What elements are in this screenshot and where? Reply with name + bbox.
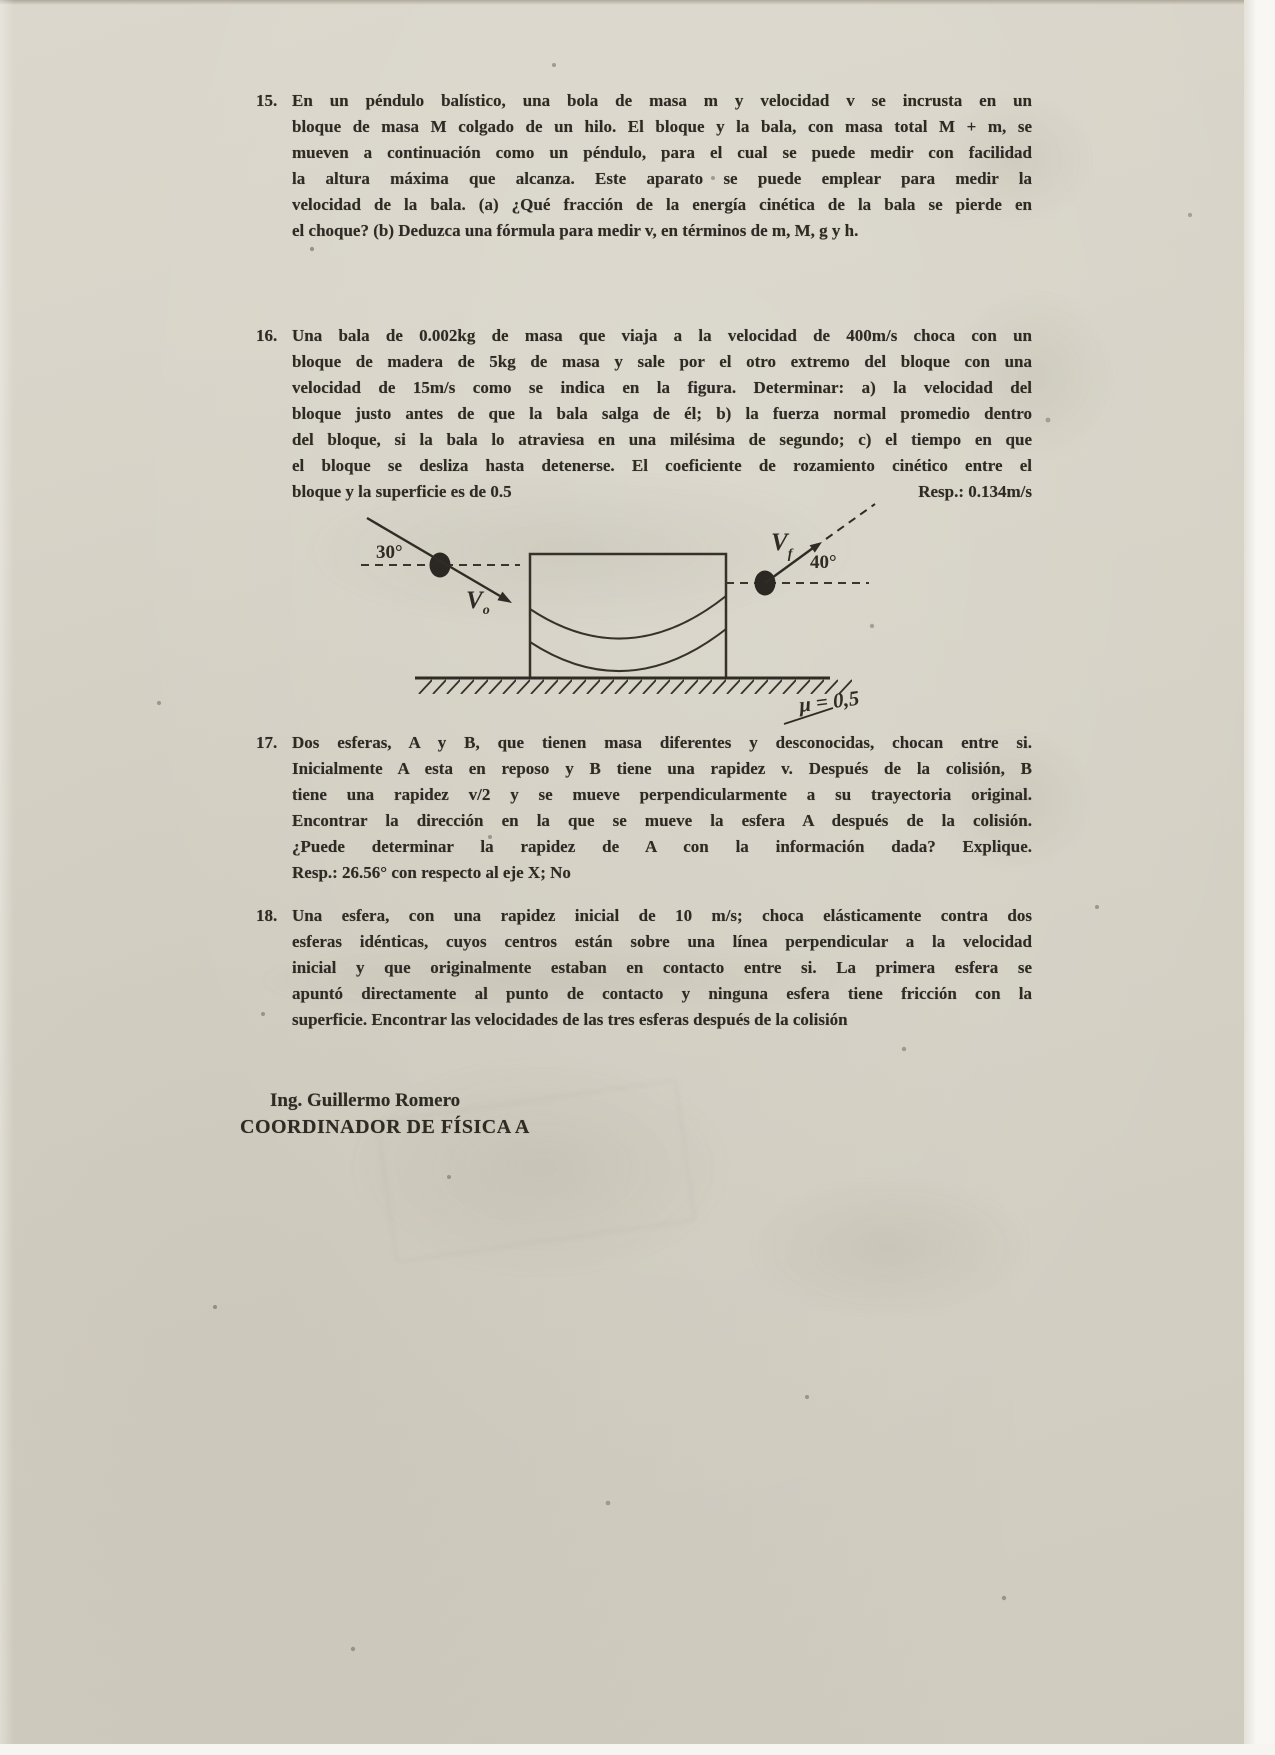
text-line: apuntó directamente al punto de contacto… bbox=[292, 981, 1032, 1007]
scanned-physics-worksheet: { "document": { "problems": [ { "number"… bbox=[0, 0, 1275, 1755]
text-line: velocidad de 15m/s como se indica en la … bbox=[292, 375, 1032, 401]
text-line: inicial y que originalmente estaban en c… bbox=[292, 955, 1032, 981]
text-line: Encontrar la dirección en la que se muev… bbox=[292, 808, 1032, 834]
problem-text: Una esfera, con una rapidez inicial de 1… bbox=[292, 903, 1032, 1033]
ground-hatching bbox=[418, 679, 854, 694]
paper-edge-left bbox=[0, 0, 14, 1755]
problem-16: 16. Una bala de 0.002kg de masa que viaj… bbox=[256, 323, 1032, 505]
problem-text: Dos esferas, A y B, que tienen masa dife… bbox=[292, 730, 1032, 886]
outgoing-arrowhead-icon bbox=[810, 542, 822, 553]
text-line: el bloque se desliza hasta detenerse. El… bbox=[292, 453, 1032, 479]
signature-title: COORDINADOR DE FÍSICA A bbox=[240, 1116, 530, 1139]
text-line: del bloque, si la bala lo atraviesa en u… bbox=[292, 427, 1032, 453]
text-line: velocidad de la bala. (a) ¿Qué fracción … bbox=[292, 192, 1032, 218]
text-line: bloque de madera de 5kg de masa y sale p… bbox=[292, 349, 1032, 375]
text-line: Una esfera, con una rapidez inicial de 1… bbox=[292, 903, 1032, 929]
text-line: mueven a continuación como un péndulo, p… bbox=[292, 140, 1032, 166]
problem-number: 16. bbox=[256, 323, 277, 349]
v-out-label: Vf bbox=[771, 529, 794, 562]
paper-speckles bbox=[0, 0, 2, 2]
paper-edge-top bbox=[0, 0, 1275, 5]
problem-number: 17. bbox=[256, 730, 277, 756]
text-line: superficie. Encontrar las velocidades de… bbox=[292, 1007, 1032, 1033]
outgoing-arrow-dashed-extension bbox=[826, 504, 875, 539]
text-line: En un péndulo balístico, una bola de mas… bbox=[292, 88, 1032, 114]
text-line: tiene una rapidez v/2 y se mueve perpend… bbox=[292, 782, 1032, 808]
answer-text: Resp.: 26.56° con respecto al eje X; No bbox=[292, 860, 1032, 886]
problem-number: 18. bbox=[256, 903, 277, 929]
text-line: Inicialmente A esta en reposo y B tiene … bbox=[292, 756, 1032, 782]
problem-number: 15. bbox=[256, 88, 277, 114]
problem-text: Una bala de 0.002kg de masa que viaja a … bbox=[292, 323, 1032, 505]
problem-15: 15. En un péndulo balístico, una bola de… bbox=[256, 88, 1032, 244]
problem-text: En un péndulo balístico, una bola de mas… bbox=[292, 88, 1032, 244]
text-line: la altura máxima que alcanza. Este apara… bbox=[292, 166, 1032, 192]
text-line: ¿Puede determinar la rapidez de A con la… bbox=[292, 834, 1032, 860]
problem-17: 17. Dos esferas, A y B, que tienen masa … bbox=[256, 730, 1032, 886]
text-line: el choque? (b) Deduzca una fórmula para … bbox=[292, 218, 1032, 244]
incoming-arrowhead-icon bbox=[497, 592, 512, 603]
signature-name: Ing. Guillermo Romero bbox=[270, 1090, 460, 1112]
angle-out-label: 40° bbox=[810, 552, 837, 573]
scan-edge-right bbox=[1244, 0, 1275, 1755]
bullet-path-arc-lower bbox=[530, 629, 726, 671]
text-line: Una bala de 0.002kg de masa que viaja a … bbox=[292, 323, 1032, 349]
v-in-label: Vo bbox=[466, 587, 490, 618]
problem-16-figure: 30° Vo Vf 40° μ = 0,5 bbox=[290, 490, 950, 735]
scan-edge-bottom bbox=[0, 1744, 1275, 1755]
text-line: bloque de masa M colgado de un hilo. El … bbox=[292, 114, 1032, 140]
text-line: esferas idénticas, cuyos centros están s… bbox=[292, 929, 1032, 955]
text-line: bloque justo antes de que la bala salga … bbox=[292, 401, 1032, 427]
angle-in-label: 30° bbox=[376, 542, 403, 563]
problem-18: 18. Una esfera, con una rapidez inicial … bbox=[256, 903, 1032, 1033]
bullet-path-arc-upper bbox=[530, 596, 726, 639]
text-line: Dos esferas, A y B, que tienen masa dife… bbox=[292, 730, 1032, 756]
